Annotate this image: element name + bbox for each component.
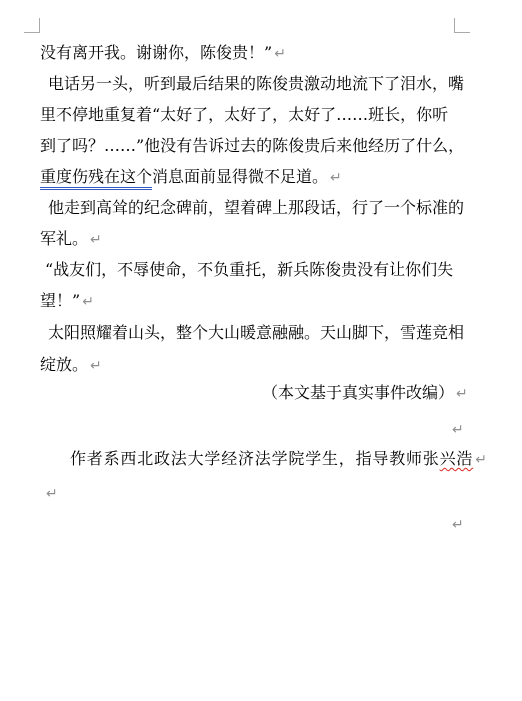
paragraph-mark-icon: ↵ [46, 486, 58, 502]
line-text: 太阳照耀着山头，整个大山暖意融融。天山脚下，雪莲竞相 [48, 323, 464, 342]
line-text: 没有离开我。谢谢你，陈俊贵！” [40, 43, 272, 62]
line-text: 望！” [40, 291, 80, 310]
paragraph-mark-icon: ↵ [452, 517, 464, 533]
line-text: 电话另一头，听到最后结果的陈俊贵激动地流下了泪水，嘴 [48, 74, 464, 93]
text-boundary-corner-top-left-icon [24, 18, 40, 33]
empty-paragraph[interactable]: ↵ [452, 422, 464, 438]
text-line[interactable]: “战友们，不辱使命，不负重托，新兵陈俊贵没有让你们失 [45, 259, 453, 280]
empty-paragraph[interactable]: ↵ [46, 486, 58, 502]
line-text: 绽放。 [40, 355, 88, 374]
line-text: 到了吗？……”他没有告诉过去的陈俊贵后来他经历了什么， [40, 136, 464, 155]
attribution-line[interactable]: （本文基于真实事件改编）↵ [262, 382, 468, 405]
line-text: 军礼。 [40, 229, 88, 248]
line-text: “战友们，不辱使命，不负重托，新兵陈俊贵没有让你们失 [45, 260, 453, 279]
paragraph-mark-icon: ↵ [274, 46, 286, 62]
line-text: 他走到高耸的纪念碑前，望着碑上那段话，行了一个标准的 [48, 198, 464, 217]
text-line[interactable]: 里不停地重复着“太好了，太好了，太好了……班长，你听 [40, 104, 448, 125]
paragraph-mark-icon: ↵ [452, 422, 464, 438]
paragraph-mark-icon: ↵ [90, 358, 102, 374]
text-line[interactable]: 太阳照耀着山头，整个大山暖意融融。天山脚下，雪莲竞相 [48, 322, 464, 343]
text-line[interactable]: 到了吗？……”他没有告诉过去的陈俊贵后来他经历了什么， [40, 135, 464, 156]
paragraph-mark-icon: ↵ [330, 170, 342, 186]
line-text: 消息面前显得微不足道。 [152, 167, 328, 186]
document-page[interactable]: 没有离开我。谢谢你，陈俊贵！”↵ 电话另一头，听到最后结果的陈俊贵激动地流下了泪… [0, 0, 522, 701]
text-boundary-corner-top-right-icon [454, 18, 470, 33]
text-line[interactable]: 电话另一头，听到最后结果的陈俊贵激动地流下了泪水，嘴 [48, 73, 464, 94]
paragraph-mark-icon: ↵ [456, 386, 468, 402]
text-line[interactable]: 军礼。↵ [40, 228, 102, 251]
spellcheck-flagged-text: 兴浩 [440, 449, 474, 468]
text-line[interactable]: 没有离开我。谢谢你，陈俊贵！”↵ [40, 42, 286, 65]
grammar-flagged-text: 重度伤残在这个 [40, 167, 152, 190]
line-text: 里不停地重复着“太好了，太好了，太好了……班长，你听 [40, 105, 448, 124]
text-line[interactable]: 重度伤残在这个消息面前显得微不足道。↵ [40, 166, 342, 189]
text-line[interactable]: 绽放。↵ [40, 354, 102, 377]
paragraph-mark-icon: ↵ [475, 452, 488, 468]
text-line[interactable]: 他走到高耸的纪念碑前，望着碑上那段话，行了一个标准的 [48, 197, 464, 218]
author-line[interactable]: 作者系西北政法大学经济法学院学生，指导教师张兴浩↵ [70, 448, 488, 471]
line-text: 作者系西北政法大学经济法学院学生，指导教师张 [70, 449, 440, 468]
text-line[interactable]: 望！”↵ [40, 290, 94, 313]
paragraph-mark-icon: ↵ [90, 232, 102, 248]
paragraph-mark-icon: ↵ [82, 294, 94, 310]
line-text: （本文基于真实事件改编） [262, 383, 454, 402]
empty-paragraph[interactable]: ↵ [452, 517, 464, 533]
